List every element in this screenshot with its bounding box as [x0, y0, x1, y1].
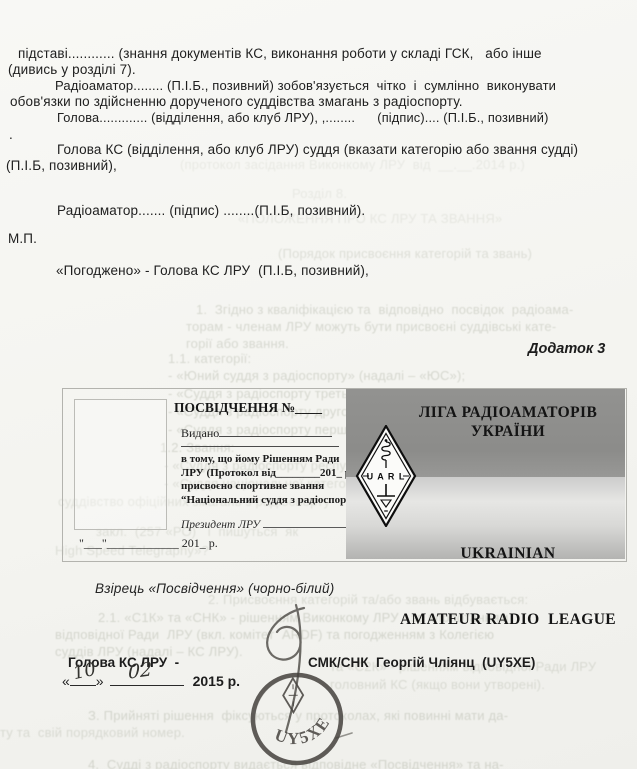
doc-line: (дивись у розділі 7). — [8, 62, 136, 77]
org-name-english: UKRAINIAN AMATEUR RADIO LEAGUE — [398, 499, 618, 675]
certificate-issued-line: Видано — [181, 424, 332, 441]
uarl-logo-letters: U A R L — [367, 472, 406, 482]
handwritten-day: 10 — [71, 659, 98, 684]
president-label: Президент ЛРУ — [181, 519, 260, 531]
issued-blank-line — [219, 424, 332, 437]
president-signature-line: Президент ЛРУ — [181, 515, 355, 531]
doc-line: Голова КС (відділення, або клуб ЛРУ) суд… — [57, 142, 578, 157]
approval-date-line: «10»022015 р. — [62, 671, 240, 689]
uarl-diamond-logo-icon: U A R L — [355, 425, 417, 527]
org-name-ukrainian: ЛІГА РАДІОАМАТОРІВ УКРАЇНИ — [398, 403, 618, 441]
org-ua-line1: ЛІГА РАДІОАМАТОРІВ — [398, 403, 618, 422]
certificate-sample: ПОСВІДЧЕННЯ №____ Видано в тому, що йому… — [62, 388, 627, 562]
stamp-callsign: UY5XE — [269, 710, 338, 752]
certificate-blank-line — [181, 446, 339, 447]
org-en-line2: AMATEUR RADIO LEAGUE — [398, 609, 618, 631]
photo-placeholder-box — [74, 399, 167, 530]
year-label: 2015 р. — [193, 673, 240, 689]
uarl-card: ЛІГА РАДІОАМАТОРІВ УКРАЇНИ UKRAINIAN AMA… — [346, 389, 625, 559]
certificate-caption: Взірець «Посвідчення» (чорно-білий) — [95, 581, 334, 596]
org-en-line1: UKRAINIAN — [398, 543, 618, 565]
certificate-title: ПОСВІДЧЕННЯ №____ — [158, 400, 338, 416]
quote-open: « — [62, 673, 70, 689]
doc-line: Радіоаматор....... (підпис) ........(П.І… — [57, 203, 365, 218]
certificate-body-line: “Національний суддя з радіоспорту”. — [181, 494, 346, 508]
doc-line: «Погоджено» - Голова КС ЛРУ (П.І.Б, пози… — [56, 263, 369, 278]
doc-line: . — [9, 127, 13, 142]
certificate-body-line: присвоєно спортивне звання — [181, 480, 346, 494]
certificate-body-line: ЛРУ (Протокол від________201_ р.) — [181, 467, 346, 481]
org-ua-line2: УКРАЇНИ — [398, 422, 618, 441]
issued-label: Видано — [181, 426, 219, 440]
doc-line: (П.І.Б, позивний), — [6, 158, 117, 173]
certificate-body-line: в тому, що йому Рішенням Ради — [181, 453, 346, 467]
doc-line: обов'язки по здійсненню дорученого судді… — [10, 94, 463, 109]
uy5xe-round-stamp: UY5XE — [242, 664, 352, 769]
certificate-body-text: в тому, що йому Рішенням РадиЛРУ (Проток… — [181, 453, 346, 507]
scanned-document-page: { "colors": { "paper": "#f5f5f1", "ink":… — [0, 0, 637, 769]
certificate-date-line: "___"____________ 201_ р. — [79, 536, 218, 551]
doc-line: підставі............ (знання документів … — [18, 46, 542, 61]
day-blank: 10 — [70, 671, 96, 686]
doc-line: Голова............. (відділення, або клу… — [57, 110, 549, 125]
appendix-label: Додаток 3 — [528, 341, 605, 357]
doc-line: М.П. — [8, 231, 37, 246]
doc-line: Радіоаматор........ (П.І.Б., позивний) з… — [55, 78, 556, 93]
handwritten-month: 02 — [128, 658, 152, 684]
month-blank: 02 — [110, 671, 184, 686]
president-blank-line — [263, 515, 355, 528]
